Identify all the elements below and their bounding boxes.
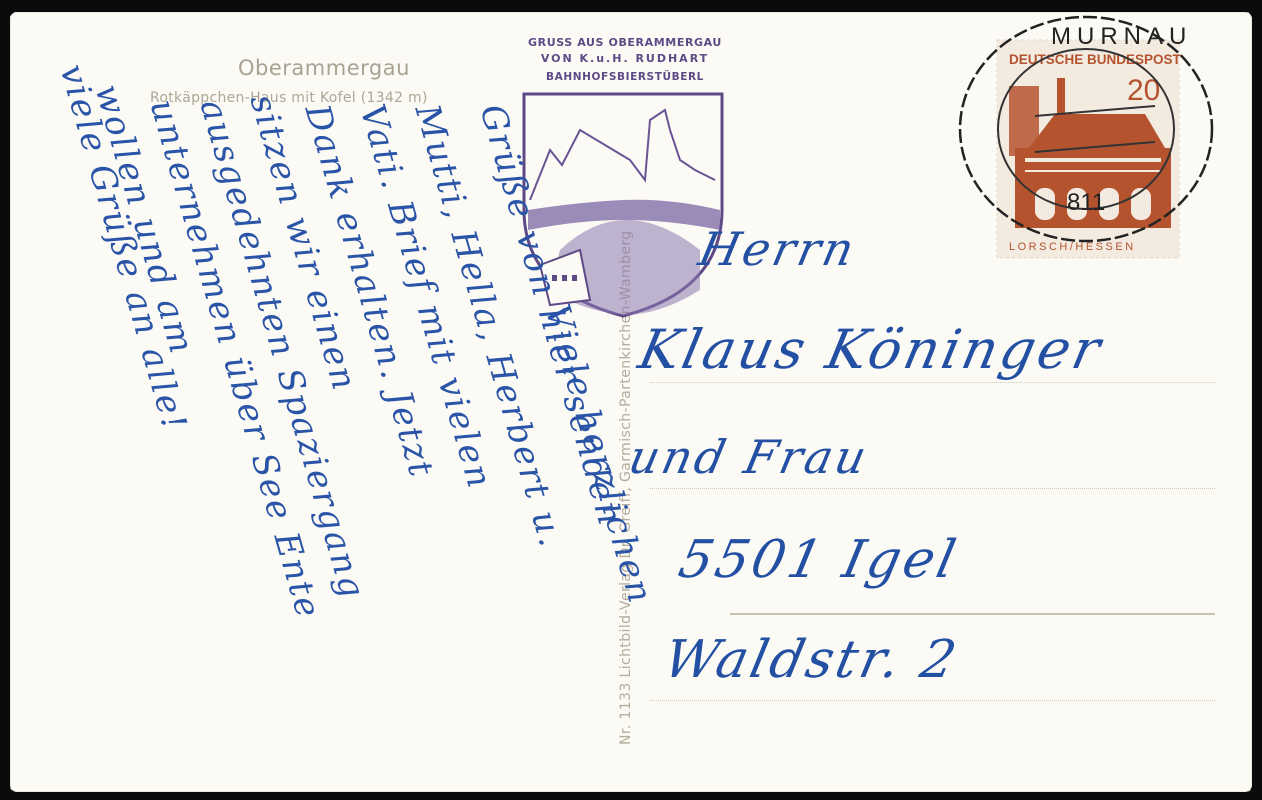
printed-title: Oberammergau xyxy=(238,56,410,80)
rubber-stamp-line1: GRUSS AUS OBERAMMERGAU xyxy=(520,36,730,49)
address-street: Waldstr. 2 xyxy=(659,630,964,690)
address-name: Klaus Köninger xyxy=(633,318,1108,381)
rubber-stamp-line2: VON K.u.H. RUDHART xyxy=(520,52,730,65)
postmark-town: MURNAU xyxy=(1051,23,1192,50)
address-line-2 xyxy=(650,488,1215,489)
address-line-3 xyxy=(730,613,1215,615)
address-line-4 xyxy=(650,700,1215,701)
address-partner: und Frau xyxy=(624,430,874,484)
postmark-code: 811 xyxy=(1067,189,1105,216)
postmark: MURNAU 811 xyxy=(955,10,1217,248)
address-city: 5501 Igel xyxy=(674,530,964,590)
address-salutation: Herrn xyxy=(694,222,861,276)
address-line-1 xyxy=(650,382,1215,383)
rubber-stamp-line3: BAHNHOFSBIERSTÜBERL xyxy=(520,71,730,83)
